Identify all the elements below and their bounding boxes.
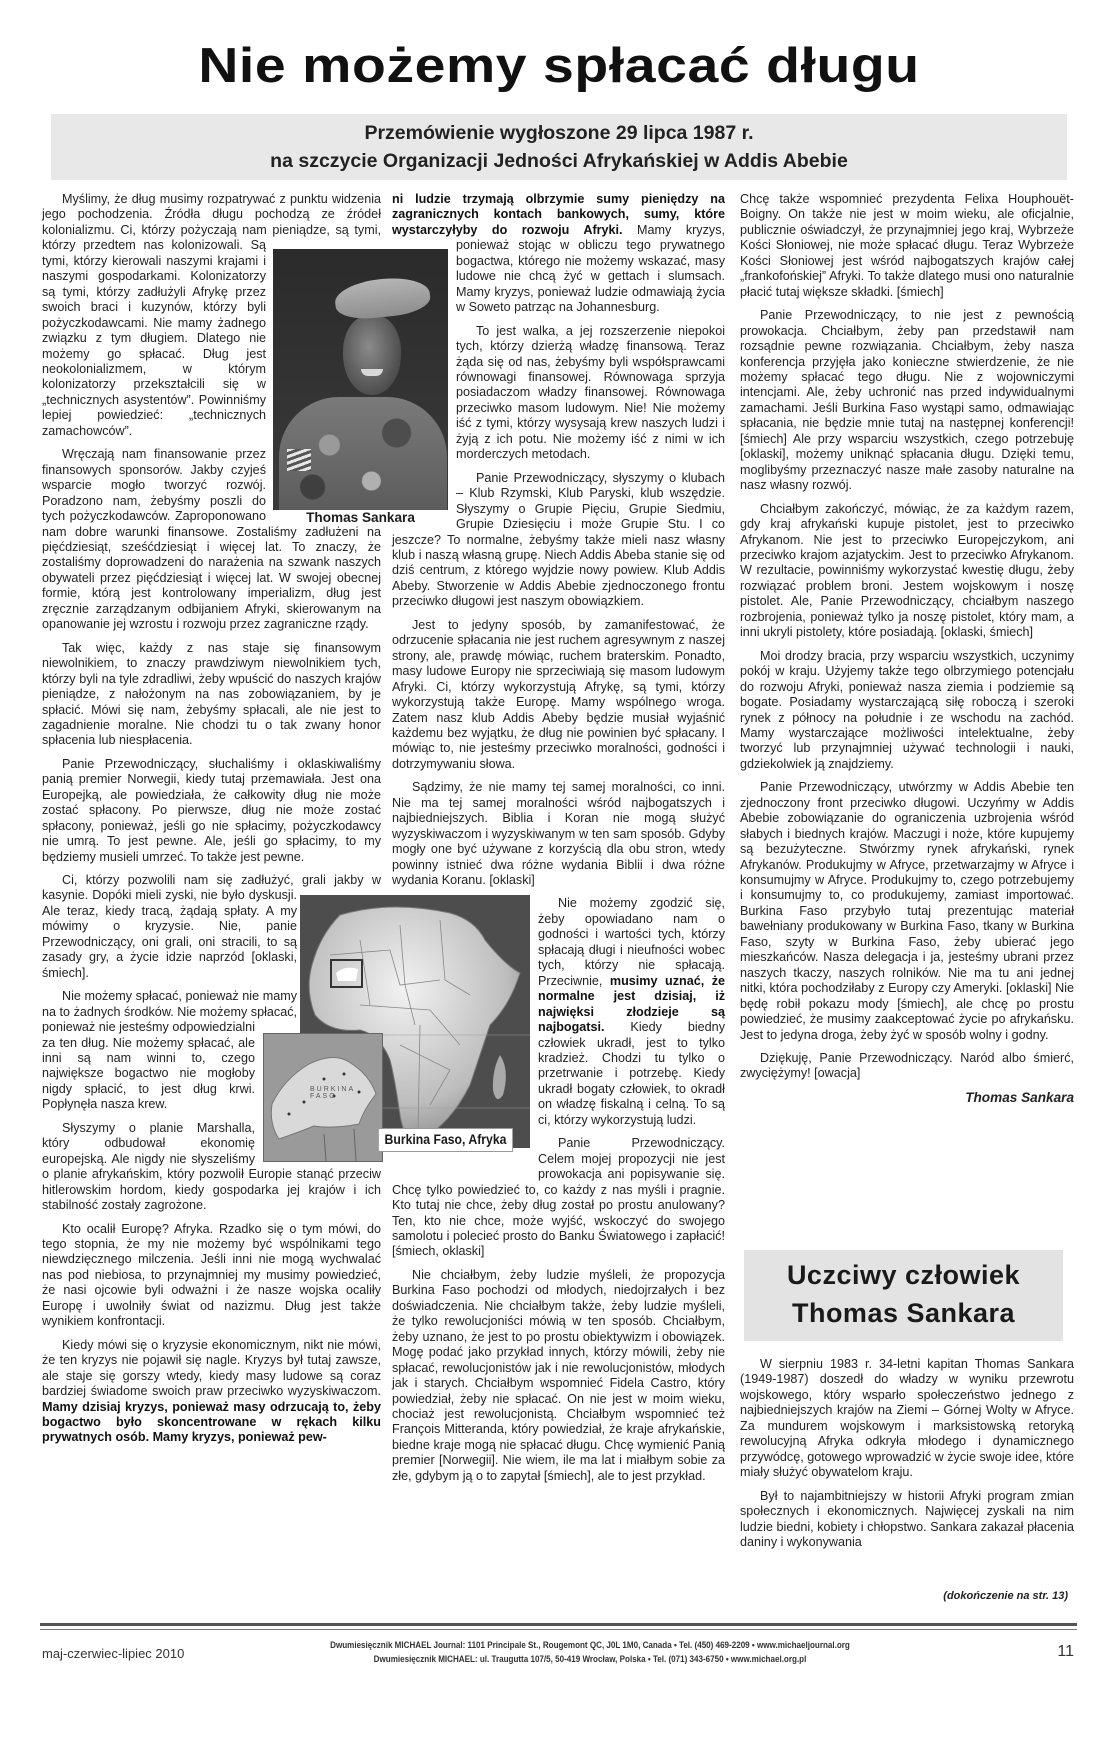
subtitle-box: Przemówienie wygłoszone 29 lipca 1987 r.… [51, 114, 1067, 180]
inset-map-label: BURKINA FASO [310, 1086, 382, 1100]
subtitle-line-1: Przemówienie wygłoszone 29 lipca 1987 r. [51, 114, 1067, 147]
paragraph-text: Kiedy biedny człowiek ukradł, jest to ty… [538, 1020, 725, 1127]
paragraph: Chcę także wspomnieć prezydenta Felixa H… [740, 192, 1074, 300]
publisher-line-2: Dwumiesięcznik MICHAEL: ul. Traugutta 10… [255, 1652, 926, 1666]
paragraph: Panie Przewodniczący, to nie jest z pewn… [740, 308, 1074, 493]
footer-rule-thin [40, 1629, 1077, 1630]
map-caption: Burkina Faso, Afryka [378, 1128, 513, 1152]
sidebar-article-body: W sierpniu 1983 r. 34-letni kapitan Thom… [740, 1357, 1074, 1558]
continuation-note: (dokończenie na str. 13) [943, 1590, 1068, 1602]
page-number: 11 [1057, 1643, 1074, 1661]
paragraph: Był to najambitniejszy w historii Afryki… [740, 1489, 1074, 1551]
paragraph: Jest to jedyny sposób, by zamanifestować… [392, 618, 725, 773]
paragraph: Dziękuję, Panie Przewodniczący. Naród al… [740, 1051, 1074, 1082]
paragraph: Panie Przewodniczący, słuchaliśmy i okla… [42, 757, 381, 865]
smile-shape [361, 369, 383, 376]
paragraph: Moi drodzy bracia, przy wsparciu wszystk… [740, 649, 1074, 773]
portrait-photo [273, 249, 448, 510]
paragraph: Kiedy mówi się o kryzysie ekonomicznym, … [42, 1338, 381, 1446]
article-headline: Nie możemy spłacać długu [0, 38, 1118, 94]
paragraph-text: Kiedy mówi się o kryzysie ekonomicznym, … [42, 1338, 381, 1398]
sidebar-title-box: Uczciwy człowiek Thomas Sankara [744, 1250, 1063, 1341]
paragraph: Kto ocalił Europę? Afryka. Rzadko się o … [42, 1222, 381, 1330]
emphasis-text: Mamy dzisiaj kryzys, ponieważ masy odrzu… [42, 1400, 381, 1445]
publisher-info: Dwumiesięcznik MICHAEL Journal: 1101 Pri… [255, 1638, 926, 1666]
photo-caption: Thomas Sankara [273, 510, 448, 525]
sidebar-title-line-2: Thomas Sankara [744, 1294, 1063, 1332]
footer-rule [40, 1623, 1077, 1626]
sidebar-title-line-1: Uczciwy człowiek [744, 1250, 1063, 1294]
face-shape [343, 315, 401, 395]
paragraph: Chciałbym zakończyć, mówiąc, że za każdy… [740, 502, 1074, 641]
paragraph: Sądzimy, że nie mamy tej samej moralnośc… [392, 780, 725, 888]
paragraph: W sierpniu 1983 r. 34-letni kapitan Thom… [740, 1357, 1074, 1481]
issue-date: maj-czerwiec-lipiec 2010 [42, 1646, 184, 1661]
right-column: Chcę także wspomnieć prezydenta Felixa H… [740, 192, 1074, 1113]
burkina-faso-inset-map: BURKINA FASO [263, 1033, 383, 1162]
paragraph: Nie chciałbym, żeby ludzie myśleli, że p… [392, 1268, 725, 1484]
subtitle-line-2: na szczycie Organizacji Jedności Afrykań… [51, 147, 1067, 175]
publisher-line-1: Dwumiesięcznik MICHAEL Journal: 1101 Pri… [255, 1638, 926, 1652]
paragraph: Panie Przewodniczący, utwórzmy w Addis A… [740, 780, 1074, 1043]
beret-shape [333, 274, 431, 322]
paragraph: Tak więc, każdy z nas staje się finansow… [42, 641, 381, 749]
rank-insignia [287, 449, 311, 471]
author-signature: Thomas Sankara [740, 1090, 1074, 1105]
